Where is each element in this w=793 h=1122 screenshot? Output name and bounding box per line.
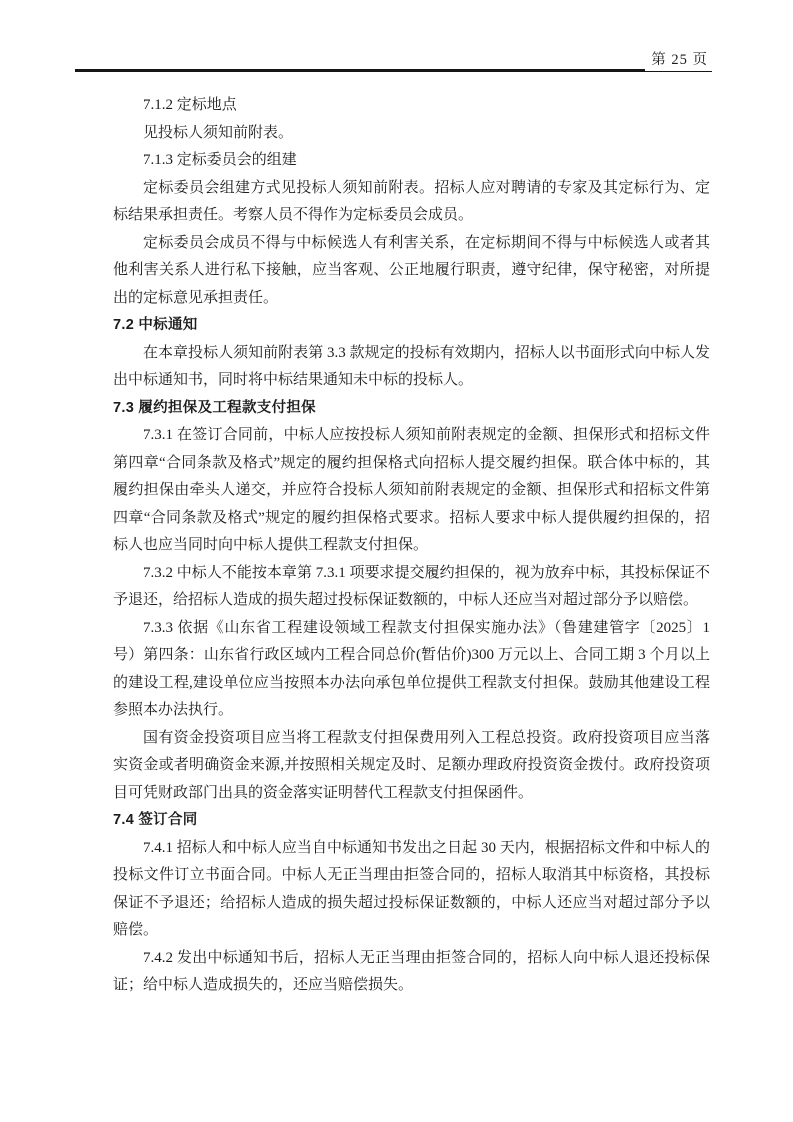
paragraph: 见投标人须知前附表。 (113, 120, 710, 148)
paragraph: 7.3.1 在签订合同前，中标人应按投标人须知前附表规定的金额、担保形式和招标文… (113, 422, 710, 560)
subclause-heading: 7.1.3 定标委员会的组建 (113, 147, 710, 175)
paragraph: 7.3.3 依据《山东省工程建设领域工程款支付担保实施办法》（鲁建建管字〔202… (113, 615, 710, 725)
paragraph: 7.4.2 发出中标通知书后，招标人无正当理由拒签合同的，招标人向中标人退还投标… (113, 945, 710, 1000)
paragraph: 定标委员会组建方式见投标人须知前附表。招标人应对聘请的专家及其定标行为、定标结果… (113, 175, 710, 230)
header-rule (75, 69, 645, 72)
clause-heading: 7.2 中标通知 (113, 312, 710, 340)
paragraph: 在本章投标人须知前附表第 3.3 款规定的投标有效期内，招标人以书面形式向中标人… (113, 340, 710, 395)
clause-heading: 7.3 履约担保及工程款支付担保 (113, 395, 710, 423)
document-body: 7.1.2 定标地点见投标人须知前附表。7.1.3 定标委员会的组建定标委员会组… (113, 92, 710, 1000)
clause-heading: 7.4 签订合同 (113, 807, 710, 835)
paragraph: 7.3.2 中标人不能按本章第 7.3.1 项要求提交履约担保的，视为放弃中标，… (113, 560, 710, 615)
paragraph: 国有资金投资项目应当将工程款支付担保费用列入工程总投资。政府投资项目应当落实资金… (113, 725, 710, 808)
subclause-heading: 7.1.2 定标地点 (113, 92, 710, 120)
page-number: 第 25 页 (645, 50, 712, 72)
paragraph: 7.4.1 招标人和中标人应当自中标通知书发出之日起 30 天内，根据招标文件和… (113, 835, 710, 945)
document-page: 第 25 页 7.1.2 定标地点见投标人须知前附表。7.1.3 定标委员会的组… (0, 0, 793, 1122)
paragraph: 定标委员会成员不得与中标候选人有利害关系，在定标期间不得与中标候选人或者其他利害… (113, 230, 710, 313)
page-header: 第 25 页 (75, 50, 712, 72)
